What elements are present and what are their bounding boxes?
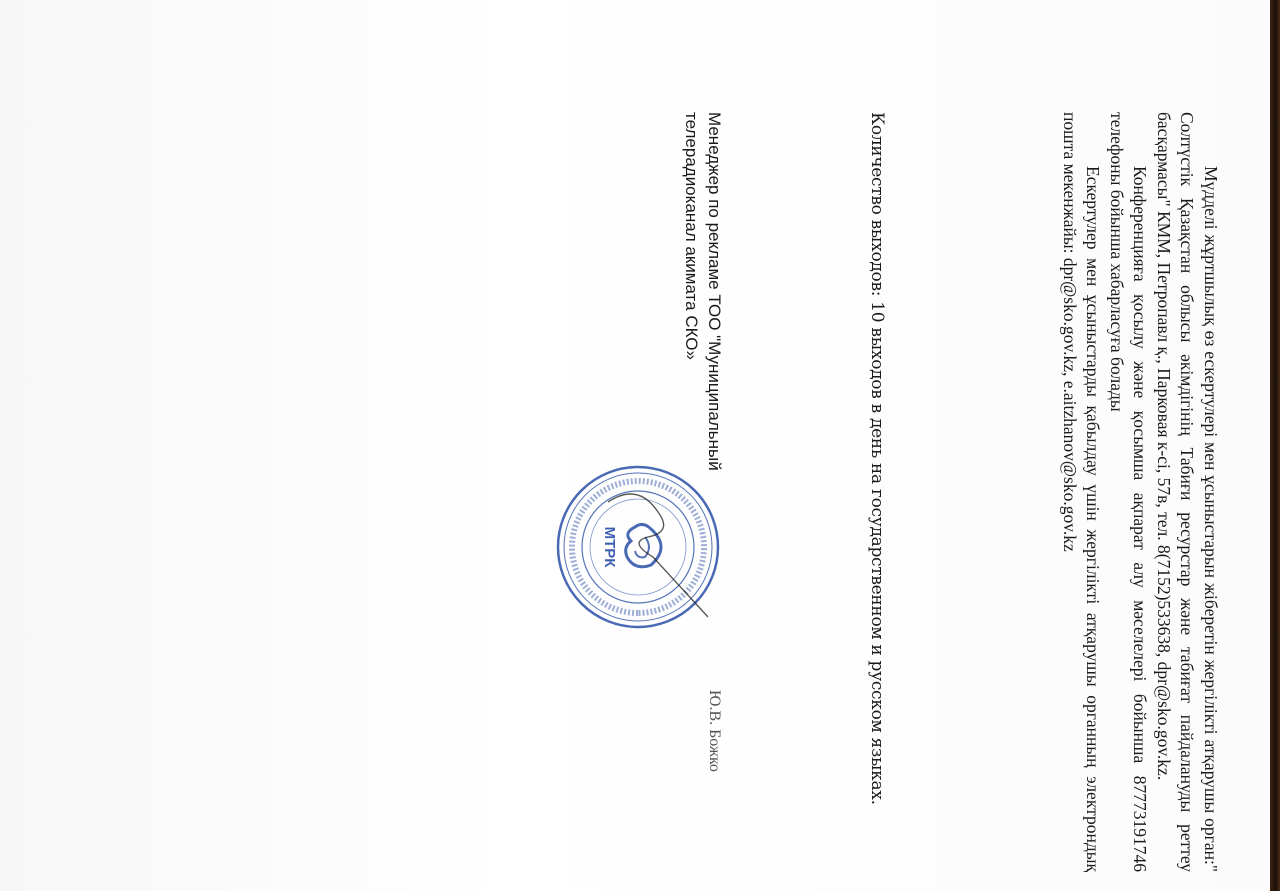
paragraph-email-contacts: Ескертулер мен ұсыныстарды қабылдау үшін… <box>1058 112 1105 872</box>
table-edge <box>1270 0 1280 891</box>
broadcast-count: Количество выходов: 10 выходов в день на… <box>865 112 889 805</box>
paragraph-public-comments: Мүдделі жұртшылық өз ескертулері мен ұсы… <box>1152 112 1223 872</box>
signer-name: Ю.В. Божко <box>703 690 727 772</box>
official-stamp-icon: МТРК <box>548 462 728 632</box>
paragraph-conference: Конференцияға қосылу және қосымша ақпара… <box>1105 112 1152 872</box>
stamp-center-text: МТРК <box>601 527 618 569</box>
signer-position-line1: Менеджер по рекламе ТОО "Муниципальный <box>703 112 727 471</box>
signer-position-line2: телерадиоканал акимата СКО» <box>680 112 704 360</box>
